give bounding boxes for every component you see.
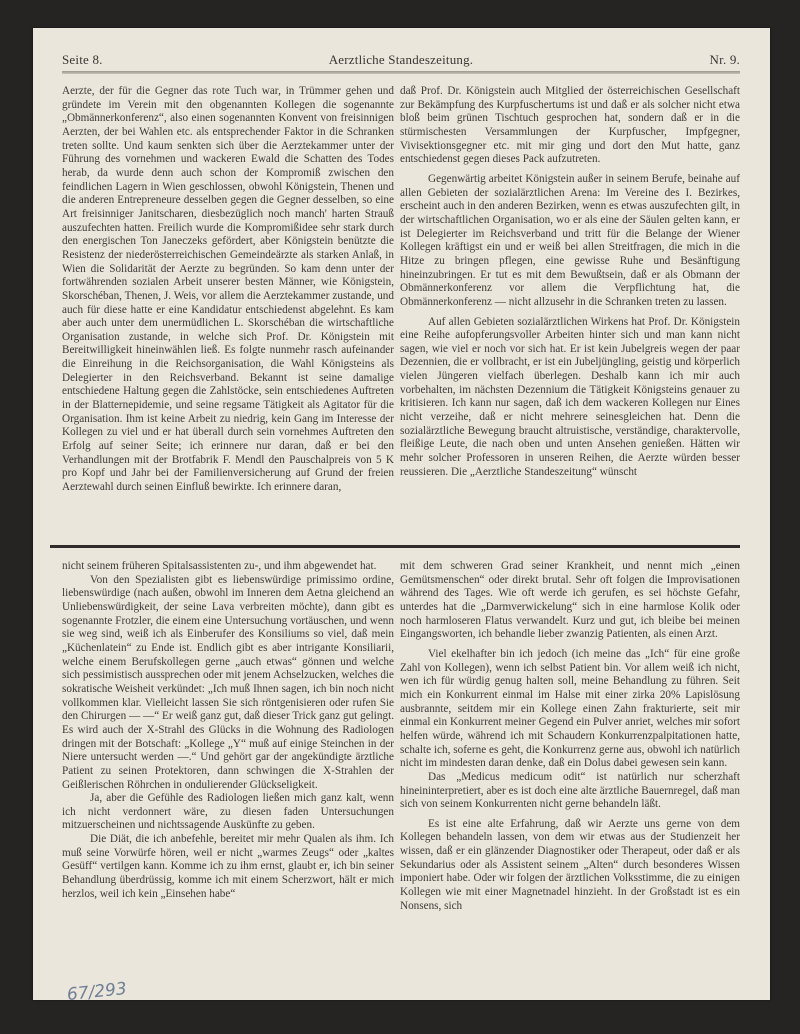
column-bottom-left: nicht seinem früheren Spitalsassistenten… <box>62 560 394 901</box>
paragraph: Auf allen Gebieten sozialärztlichen Wirk… <box>400 316 740 480</box>
paragraph: nicht seinem früheren Spitalsassistenten… <box>62 560 394 574</box>
newspaper-page: Seite 8. Aerztliche Standeszeitung. Nr. … <box>33 28 770 1000</box>
paragraph: Viel ekelhafter bin ich jedoch (ich mein… <box>400 648 740 771</box>
paragraph: Es ist eine alte Erfahrung, daß wir Aerz… <box>400 818 740 914</box>
section-divider-rule <box>50 545 740 548</box>
column-top-left: Aerzte, der für die Gegner das rote Tuch… <box>62 85 394 495</box>
paragraph: Gegenwärtig arbeitet Königstein außer in… <box>400 173 740 310</box>
publication-title: Aerztliche Standeszeitung. <box>62 52 740 68</box>
paragraph: daß Prof. Dr. Königstein auch Mitglied d… <box>400 85 740 167</box>
paragraph: Das „Medicus medicum odit“ ist natürlich… <box>400 771 740 812</box>
paragraph: Von den Spezialisten gibt es liebenswürd… <box>62 574 394 793</box>
column-top-right: daß Prof. Dr. Königstein auch Mitglied d… <box>400 85 740 479</box>
running-header: Seite 8. Aerztliche Standeszeitung. Nr. … <box>62 52 740 70</box>
handwritten-archive-number: 67/293 <box>66 979 128 1005</box>
paragraph: mit dem schweren Grad seiner Krankheit, … <box>400 560 740 642</box>
header-rule <box>62 71 740 74</box>
column-bottom-right: mit dem schweren Grad seiner Krankheit, … <box>400 560 740 913</box>
paragraph: Die Diät, die ich anbefehle, bereitet mi… <box>62 833 394 901</box>
issue-number: Nr. 9. <box>710 52 740 68</box>
paragraph: Ja, aber die Gefühle des Radiologen ließ… <box>62 792 394 833</box>
paragraph: Aerzte, der für die Gegner das rote Tuch… <box>62 85 394 495</box>
